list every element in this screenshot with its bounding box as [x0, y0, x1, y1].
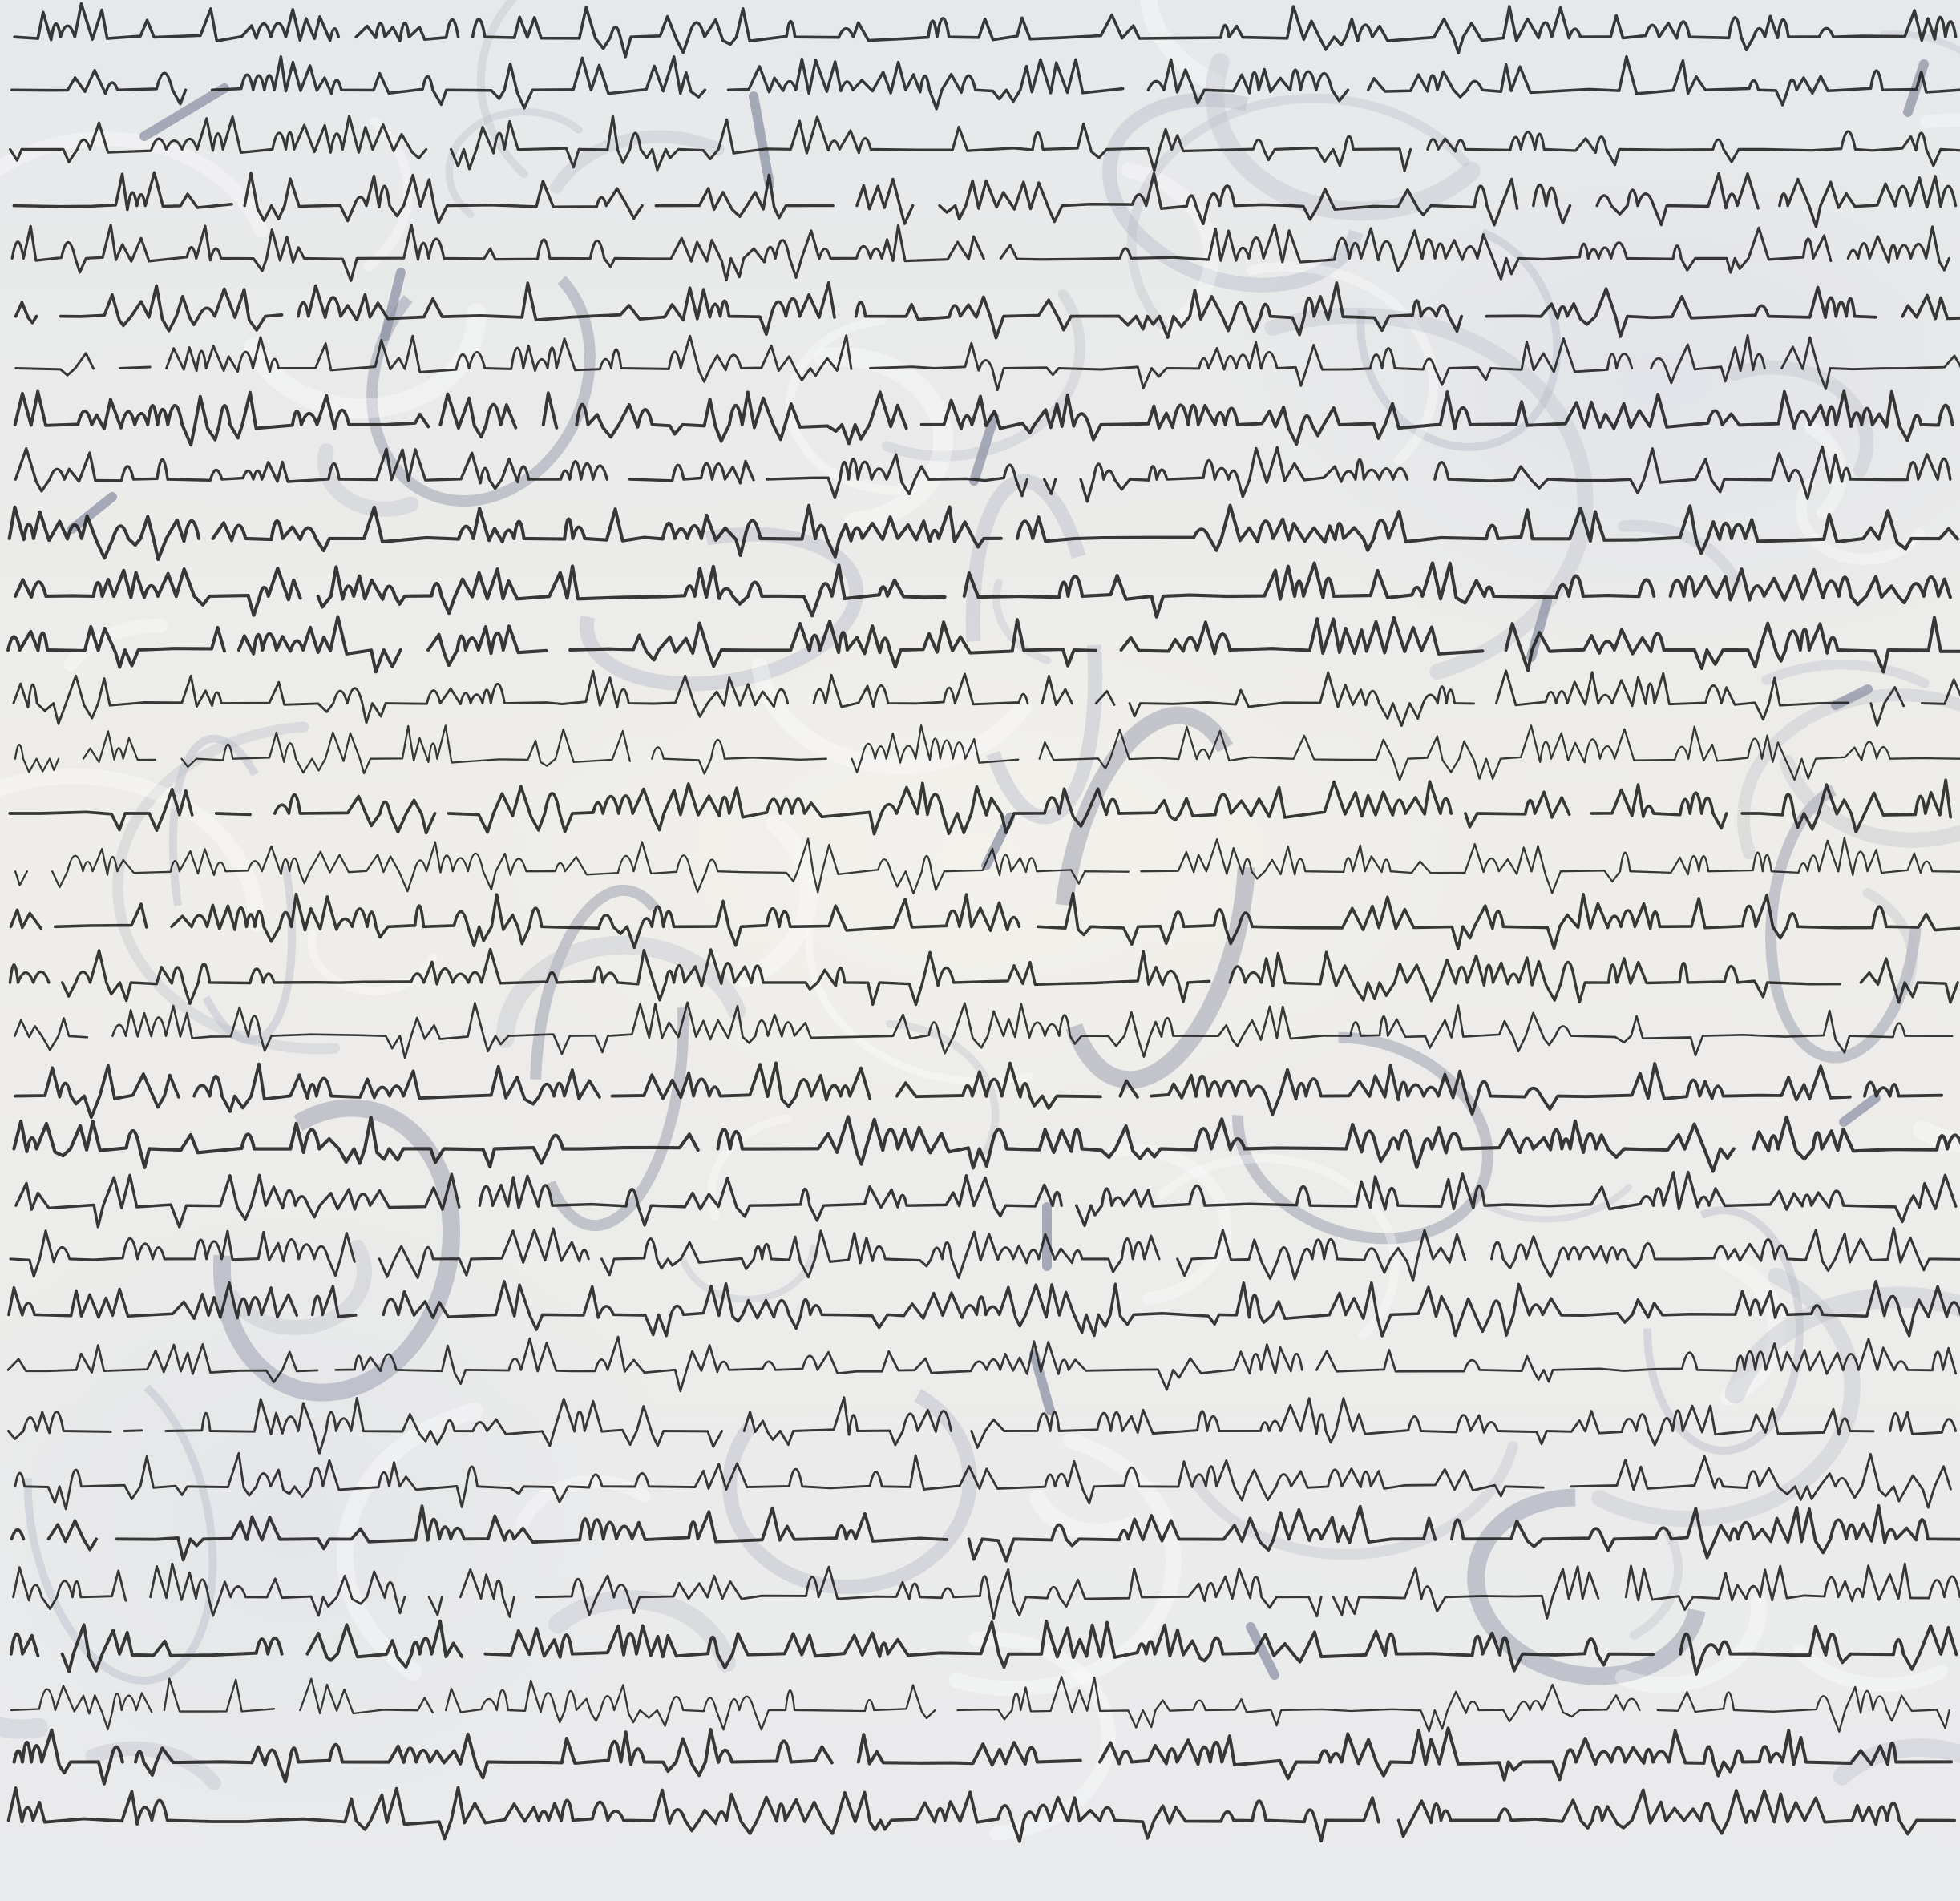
asemic-text-row	[16, 283, 1960, 338]
asemic-text-row	[14, 172, 1955, 226]
asemic-text-row	[14, 4, 1956, 57]
asemic-text-row	[8, 617, 1960, 672]
asemic-text-row	[15, 563, 1950, 616]
asemic-text-row	[9, 1788, 1955, 1842]
painting-canvas: Abstract painting: rows of black asemic …	[0, 0, 1960, 1901]
asemic-text-row	[12, 57, 1960, 109]
asemic-text-row	[10, 116, 1960, 171]
asemic-text-row	[10, 950, 1958, 1005]
asemic-text-row	[16, 336, 1960, 390]
asemic-text-row	[14, 1729, 1951, 1784]
asemic-text-row	[11, 894, 1960, 949]
asemic-text-row	[15, 1003, 1953, 1058]
asemic-writing-layer	[0, 0, 1960, 1901]
asemic-text-row	[15, 1063, 1954, 1117]
asemic-text-row	[12, 225, 1949, 281]
asemic-text-row	[14, 1564, 1960, 1619]
asemic-text-row	[15, 391, 1953, 445]
asemic-text-row	[15, 447, 1950, 502]
asemic-text-row	[15, 725, 1960, 780]
asemic-text-row	[9, 1281, 1960, 1336]
asemic-text-row	[16, 1172, 1956, 1227]
asemic-text-row	[14, 671, 1960, 726]
asemic-text-row	[8, 1337, 1956, 1391]
asemic-text-row	[10, 780, 1950, 833]
asemic-text-row	[8, 1398, 1955, 1454]
asemic-text-row	[10, 1229, 1960, 1281]
asemic-text-row	[12, 1506, 1960, 1561]
asemic-text-row	[10, 506, 1958, 559]
asemic-text-row	[15, 1453, 1951, 1509]
asemic-text-row	[11, 1621, 1957, 1674]
asemic-text-row	[11, 1677, 1950, 1732]
asemic-text-row	[14, 1116, 1960, 1171]
asemic-text-row	[15, 837, 1960, 894]
